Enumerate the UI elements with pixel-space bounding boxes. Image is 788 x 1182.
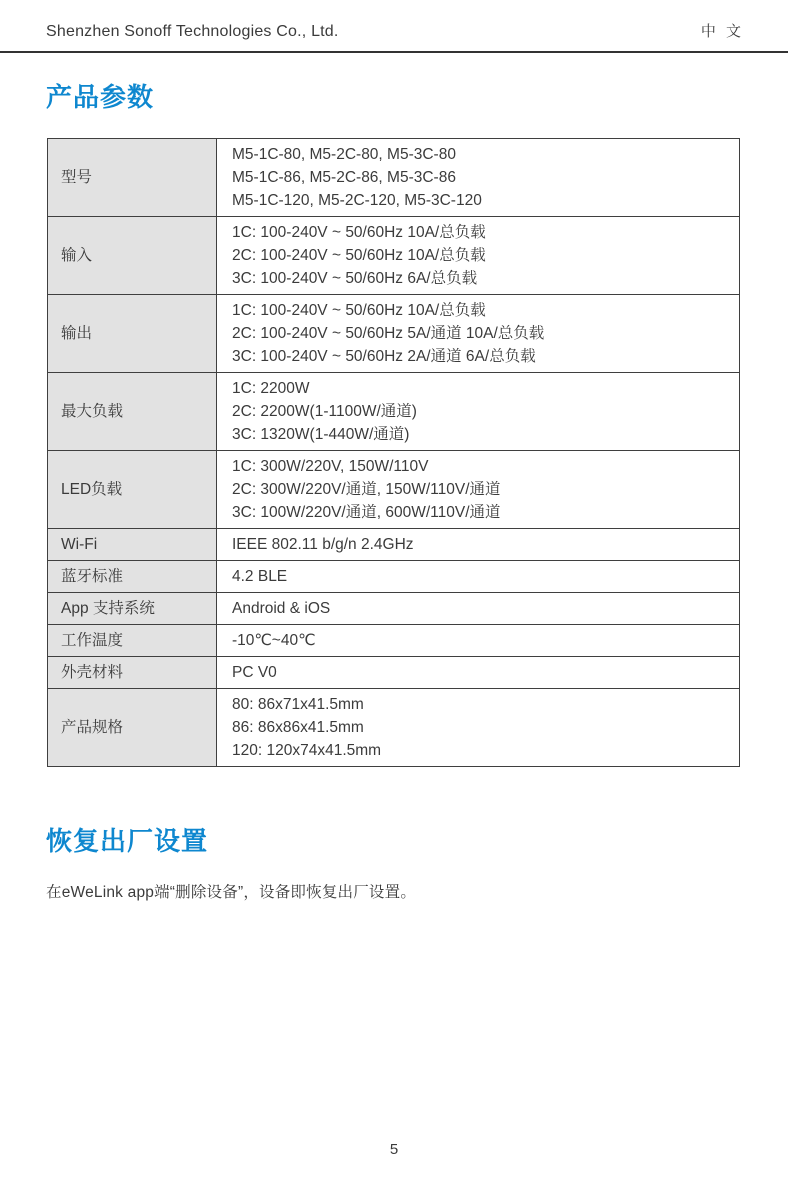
spec-value-line: 1C: 100-240V ~ 50/60Hz 10A/总负载 [232, 299, 729, 322]
spec-value: IEEE 802.11 b/g/n 2.4GHz [217, 529, 740, 561]
spec-value-line: 80: 86x71x41.5mm [232, 693, 729, 716]
spec-label: 产品规格 [48, 689, 217, 767]
spec-label: 输入 [48, 217, 217, 295]
spec-label: LED负载 [48, 451, 217, 529]
spec-value: Android & iOS [217, 593, 740, 625]
spec-value-line: PC V0 [232, 661, 729, 684]
spec-value-line: 1C: 100-240V ~ 50/60Hz 10A/总负载 [232, 221, 729, 244]
spec-value: 1C: 2200W2C: 2200W(1-1100W/通道)3C: 1320W(… [217, 373, 740, 451]
spec-value-line: M5-1C-86, M5-2C-86, M5-3C-86 [232, 166, 729, 189]
spec-label: App 支持系统 [48, 593, 217, 625]
spec-label: 蓝牙标准 [48, 561, 217, 593]
spec-label: 外壳材料 [48, 657, 217, 689]
spec-value-line: M5-1C-120, M5-2C-120, M5-3C-120 [232, 189, 729, 212]
table-row: 输入1C: 100-240V ~ 50/60Hz 10A/总负载2C: 100-… [48, 217, 740, 295]
spec-value-line: 2C: 2200W(1-1100W/通道) [232, 400, 729, 423]
spec-value-line: 2C: 100-240V ~ 50/60Hz 5A/通道 10A/总负载 [232, 322, 729, 345]
spec-value-line: M5-1C-80, M5-2C-80, M5-3C-80 [232, 143, 729, 166]
factory-reset-instructions: 在eWeLink app端“删除设备”，设备即恢复出厂设置。 [46, 880, 788, 902]
spec-value: -10℃~40℃ [217, 625, 740, 657]
spec-value-line: 3C: 100-240V ~ 50/60Hz 6A/总负载 [232, 267, 729, 290]
spec-label: 输出 [48, 295, 217, 373]
spec-value: PC V0 [217, 657, 740, 689]
section-title-product-parameters: 产品参数 [46, 77, 788, 114]
table-row: 产品规格80: 86x71x41.5mm86: 86x86x41.5mm120:… [48, 689, 740, 767]
page-number: 5 [0, 1141, 788, 1158]
table-row: App 支持系统Android & iOS [48, 593, 740, 625]
spec-label: 工作温度 [48, 625, 217, 657]
spec-value-line: 3C: 100W/220V/通道, 600W/110V/通道 [232, 501, 729, 524]
spec-value: 80: 86x71x41.5mm86: 86x86x41.5mm120: 120… [217, 689, 740, 767]
manual-page: Shenzhen Sonoff Technologies Co., Ltd. 中… [0, 0, 788, 1182]
spec-value-line: 3C: 1320W(1-440W/通道) [232, 423, 729, 446]
spec-value-line: 86: 86x86x41.5mm [232, 716, 729, 739]
spec-label: 型号 [48, 139, 217, 217]
table-row: 型号M5-1C-80, M5-2C-80, M5-3C-80M5-1C-86, … [48, 139, 740, 217]
spec-value: M5-1C-80, M5-2C-80, M5-3C-80M5-1C-86, M5… [217, 139, 740, 217]
company-name: Shenzhen Sonoff Technologies Co., Ltd. [46, 23, 339, 41]
spec-value-line: Android & iOS [232, 597, 729, 620]
spec-value-line: -10℃~40℃ [232, 629, 729, 652]
language-label: 中 文 [701, 20, 744, 41]
section-title-factory-reset: 恢复出厂设置 [46, 821, 788, 858]
table-row: 外壳材料PC V0 [48, 657, 740, 689]
spec-value: 1C: 100-240V ~ 50/60Hz 10A/总负载2C: 100-24… [217, 217, 740, 295]
spec-table: 型号M5-1C-80, M5-2C-80, M5-3C-80M5-1C-86, … [47, 138, 740, 767]
page-header: Shenzhen Sonoff Technologies Co., Ltd. 中… [0, 0, 788, 51]
spec-table-body: 型号M5-1C-80, M5-2C-80, M5-3C-80M5-1C-86, … [48, 139, 740, 767]
table-row: 工作温度-10℃~40℃ [48, 625, 740, 657]
spec-value-line: 3C: 100-240V ~ 50/60Hz 2A/通道 6A/总负载 [232, 345, 729, 368]
spec-value: 1C: 300W/220V, 150W/110V2C: 300W/220V/通道… [217, 451, 740, 529]
table-row: LED负载1C: 300W/220V, 150W/110V2C: 300W/22… [48, 451, 740, 529]
spec-value: 4.2 BLE [217, 561, 740, 593]
spec-label: 最大负载 [48, 373, 217, 451]
spec-value-line: 120: 120x74x41.5mm [232, 739, 729, 762]
table-row: Wi-FiIEEE 802.11 b/g/n 2.4GHz [48, 529, 740, 561]
spec-value-line: 1C: 300W/220V, 150W/110V [232, 455, 729, 478]
header-divider [0, 51, 788, 53]
spec-value-line: 2C: 300W/220V/通道, 150W/110V/通道 [232, 478, 729, 501]
table-row: 最大负载1C: 2200W2C: 2200W(1-1100W/通道)3C: 13… [48, 373, 740, 451]
table-row: 输出1C: 100-240V ~ 50/60Hz 10A/总负载2C: 100-… [48, 295, 740, 373]
spec-value-line: IEEE 802.11 b/g/n 2.4GHz [232, 533, 729, 556]
table-row: 蓝牙标准4.2 BLE [48, 561, 740, 593]
spec-value-line: 2C: 100-240V ~ 50/60Hz 10A/总负载 [232, 244, 729, 267]
spec-value: 1C: 100-240V ~ 50/60Hz 10A/总负载2C: 100-24… [217, 295, 740, 373]
spec-value-line: 4.2 BLE [232, 565, 729, 588]
spec-value-line: 1C: 2200W [232, 377, 729, 400]
spec-label: Wi-Fi [48, 529, 217, 561]
